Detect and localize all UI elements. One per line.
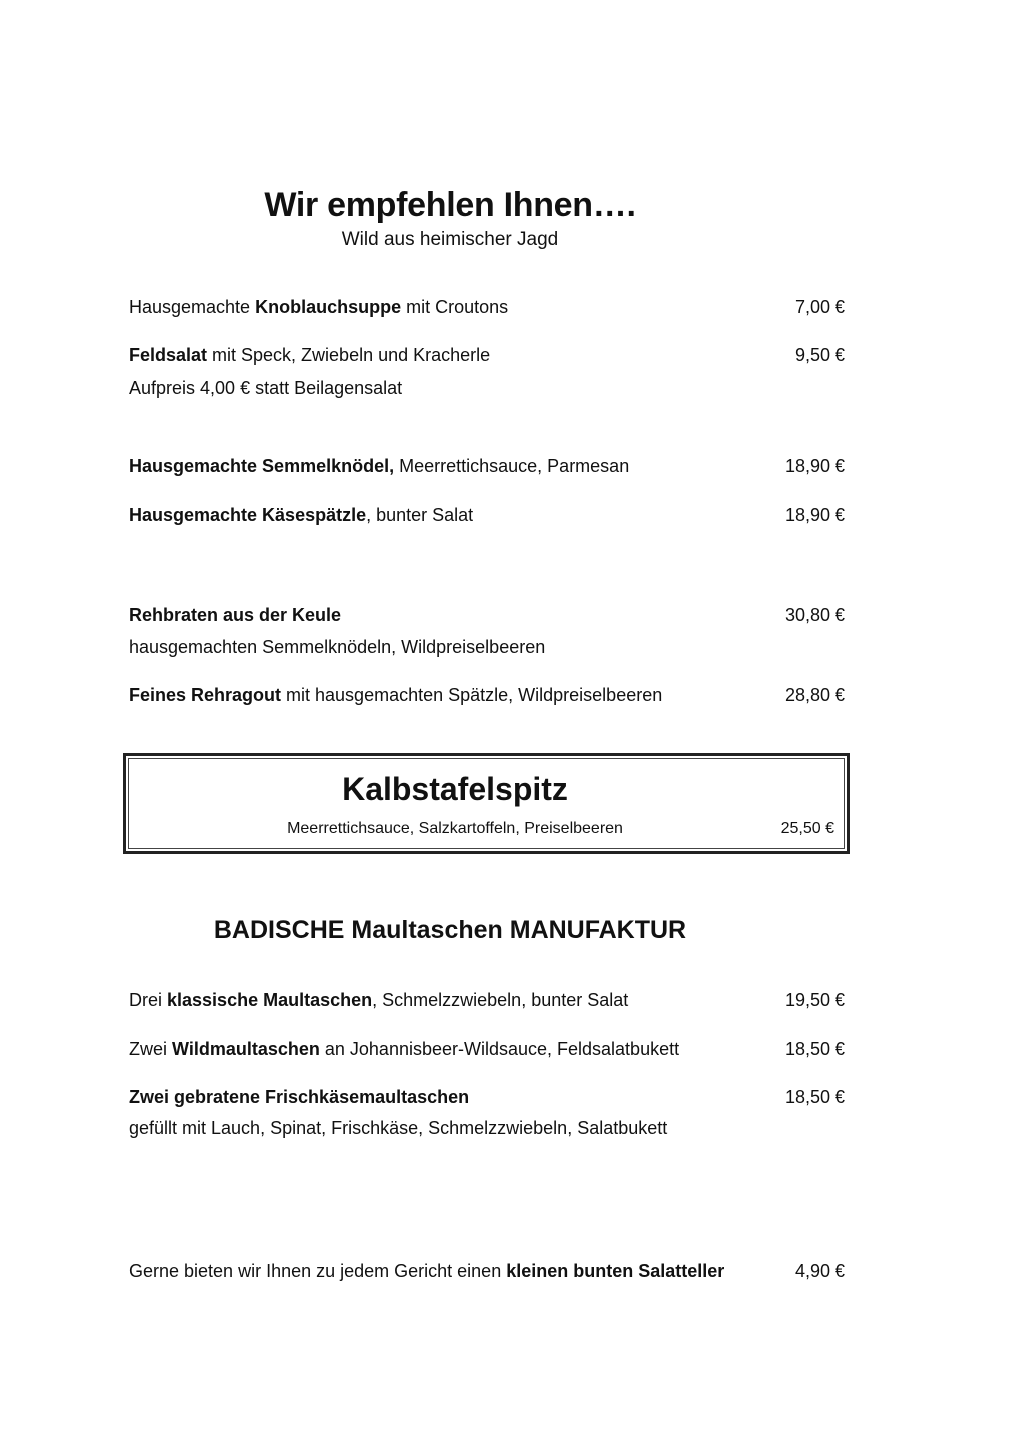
item-description: Meerrettichsauce, Parmesan: [394, 456, 629, 476]
item-name: klassische Maultaschen: [167, 990, 372, 1010]
item-price: 19,50 €: [785, 990, 845, 1011]
menu-item-semmelknoedel: Hausgemachte Semmelknödel, Meerrettichsa…: [129, 456, 629, 477]
footer-price: 4,90 €: [795, 1261, 845, 1282]
item-price: 18,50 €: [785, 1039, 845, 1060]
item-name: Wildmaultaschen: [172, 1039, 320, 1059]
menu-item-frischkaesemaultaschen: Zwei gebratene Frischkäsemaultaschen: [129, 1087, 469, 1108]
item-price: 7,00 €: [795, 297, 845, 318]
page-title: Wir empfehlen Ihnen….: [0, 186, 900, 225]
item-name: Hausgemachte Semmelknödel,: [129, 456, 394, 476]
page-subtitle: Wild aus heimischer Jagd: [0, 229, 900, 251]
item-prefix: Drei: [129, 990, 167, 1010]
item-note: Aufpreis 4,00 € statt Beilagensalat: [129, 378, 402, 399]
featured-box-inner-border: Kalbstafelspitz Meerrettichsauce, Salzka…: [128, 758, 845, 849]
featured-description: Meerrettichsauce, Salzkartoffeln, Preise…: [129, 820, 781, 838]
item-price: 28,80 €: [785, 685, 845, 706]
item-description: mit hausgemachten Spätzle, Wildpreiselbe…: [281, 685, 662, 705]
featured-price: 25,50 €: [781, 820, 834, 838]
item-prefix: Hausgemachte: [129, 297, 255, 317]
item-description: mit Speck, Zwiebeln und Kracherle: [207, 345, 490, 365]
item-name: Rehbraten aus der Keule: [129, 605, 341, 625]
menu-item-rehbraten: Rehbraten aus der Keule: [129, 605, 341, 626]
footer-salad-offer: Gerne bieten wir Ihnen zu jedem Gericht …: [129, 1261, 724, 1282]
item-price: 9,50 €: [795, 345, 845, 366]
menu-item-wildmaultaschen: Zwei Wildmaultaschen an Johannisbeer-Wil…: [129, 1039, 679, 1060]
item-description: an Johannisbeer-Wildsauce, Feldsalatbuke…: [320, 1039, 679, 1059]
menu-item-knoblauchsuppe: Hausgemachte Knoblauchsuppe mit Croutons: [129, 297, 508, 318]
item-price: 18,50 €: [785, 1087, 845, 1108]
item-description: , bunter Salat: [366, 505, 473, 525]
item-price: 18,90 €: [785, 456, 845, 477]
item-name: Feldsalat: [129, 345, 207, 365]
item-price: 30,80 €: [785, 605, 845, 626]
footer-item-name: kleinen bunten Salatteller: [506, 1261, 724, 1281]
item-name: Knoblauchsuppe: [255, 297, 401, 317]
item-price: 18,90 €: [785, 505, 845, 526]
item-description: mit Croutons: [401, 297, 508, 317]
item-note: gefüllt mit Lauch, Spinat, Frischkäse, S…: [129, 1118, 667, 1139]
section-title-maultaschen: BADISCHE Maultaschen MANUFAKTUR: [0, 916, 900, 945]
item-name: Feines Rehragout: [129, 685, 281, 705]
item-note: hausgemachten Semmelknödeln, Wildpreisel…: [129, 637, 545, 658]
item-prefix: Zwei: [129, 1039, 172, 1059]
menu-item-klassische-maultaschen: Drei klassische Maultaschen, Schmelzzwie…: [129, 990, 628, 1011]
item-description: , Schmelzzwiebeln, bunter Salat: [372, 990, 628, 1010]
featured-title: Kalbstafelspitz: [129, 771, 781, 808]
footer-text: Gerne bieten wir Ihnen zu jedem Gericht …: [129, 1261, 506, 1281]
item-name: Zwei gebratene Frischkäsemaultaschen: [129, 1087, 469, 1107]
menu-item-rehragout: Feines Rehragout mit hausgemachten Spätz…: [129, 685, 662, 706]
featured-box: Kalbstafelspitz Meerrettichsauce, Salzka…: [123, 753, 850, 854]
item-name: Hausgemachte Käsespätzle: [129, 505, 366, 525]
menu-item-feldsalat: Feldsalat mit Speck, Zwiebeln und Krache…: [129, 345, 490, 366]
menu-item-kaesespaetzle: Hausgemachte Käsespätzle, bunter Salat: [129, 505, 473, 526]
